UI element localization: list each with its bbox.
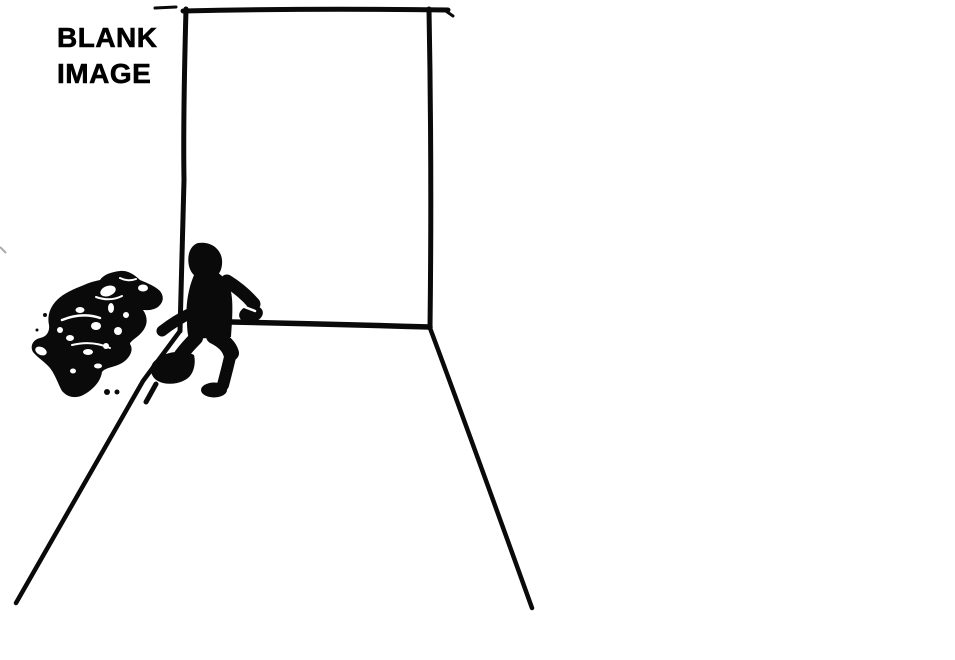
blank-image-label-line2: IMAGE [57, 56, 158, 92]
figure-left-arm [162, 313, 191, 331]
sketch-drawing [0, 0, 955, 660]
figure-silhouette-drawing [151, 243, 265, 398]
blank-image-label: BLANK IMAGE [57, 20, 158, 92]
ink-dot [115, 390, 120, 395]
scribble-hole [91, 322, 101, 330]
left-edge-tick [0, 247, 6, 253]
scribble-hole [94, 364, 102, 369]
scribble-hole [57, 327, 63, 333]
sketch-page: BLANK IMAGE [0, 0, 955, 660]
figure-left-boot [151, 352, 195, 384]
ink-dot [104, 389, 110, 395]
figure-right-foot [201, 383, 227, 398]
scribble-hole [123, 312, 129, 318]
floor-line-right [430, 328, 532, 608]
doorway-right-edge [429, 9, 431, 328]
ink-speck [36, 329, 39, 332]
scribble-hole [76, 307, 85, 313]
figure-right-shin [223, 353, 231, 385]
scribble-hole [108, 303, 114, 313]
top-left-dash [155, 7, 176, 8]
scribble-hole [83, 349, 93, 355]
scribble-hole [138, 285, 148, 292]
scribble-hole [114, 327, 122, 335]
scribble-hole [70, 369, 76, 374]
doorway-top-edge [183, 9, 448, 11]
ink-speck [43, 313, 47, 317]
scribble-hole [66, 335, 74, 341]
stray-dash [146, 384, 156, 402]
doorway-left-edge [180, 9, 186, 331]
blank-image-label-line1: BLANK [57, 20, 158, 56]
wall-baseline [232, 322, 430, 327]
